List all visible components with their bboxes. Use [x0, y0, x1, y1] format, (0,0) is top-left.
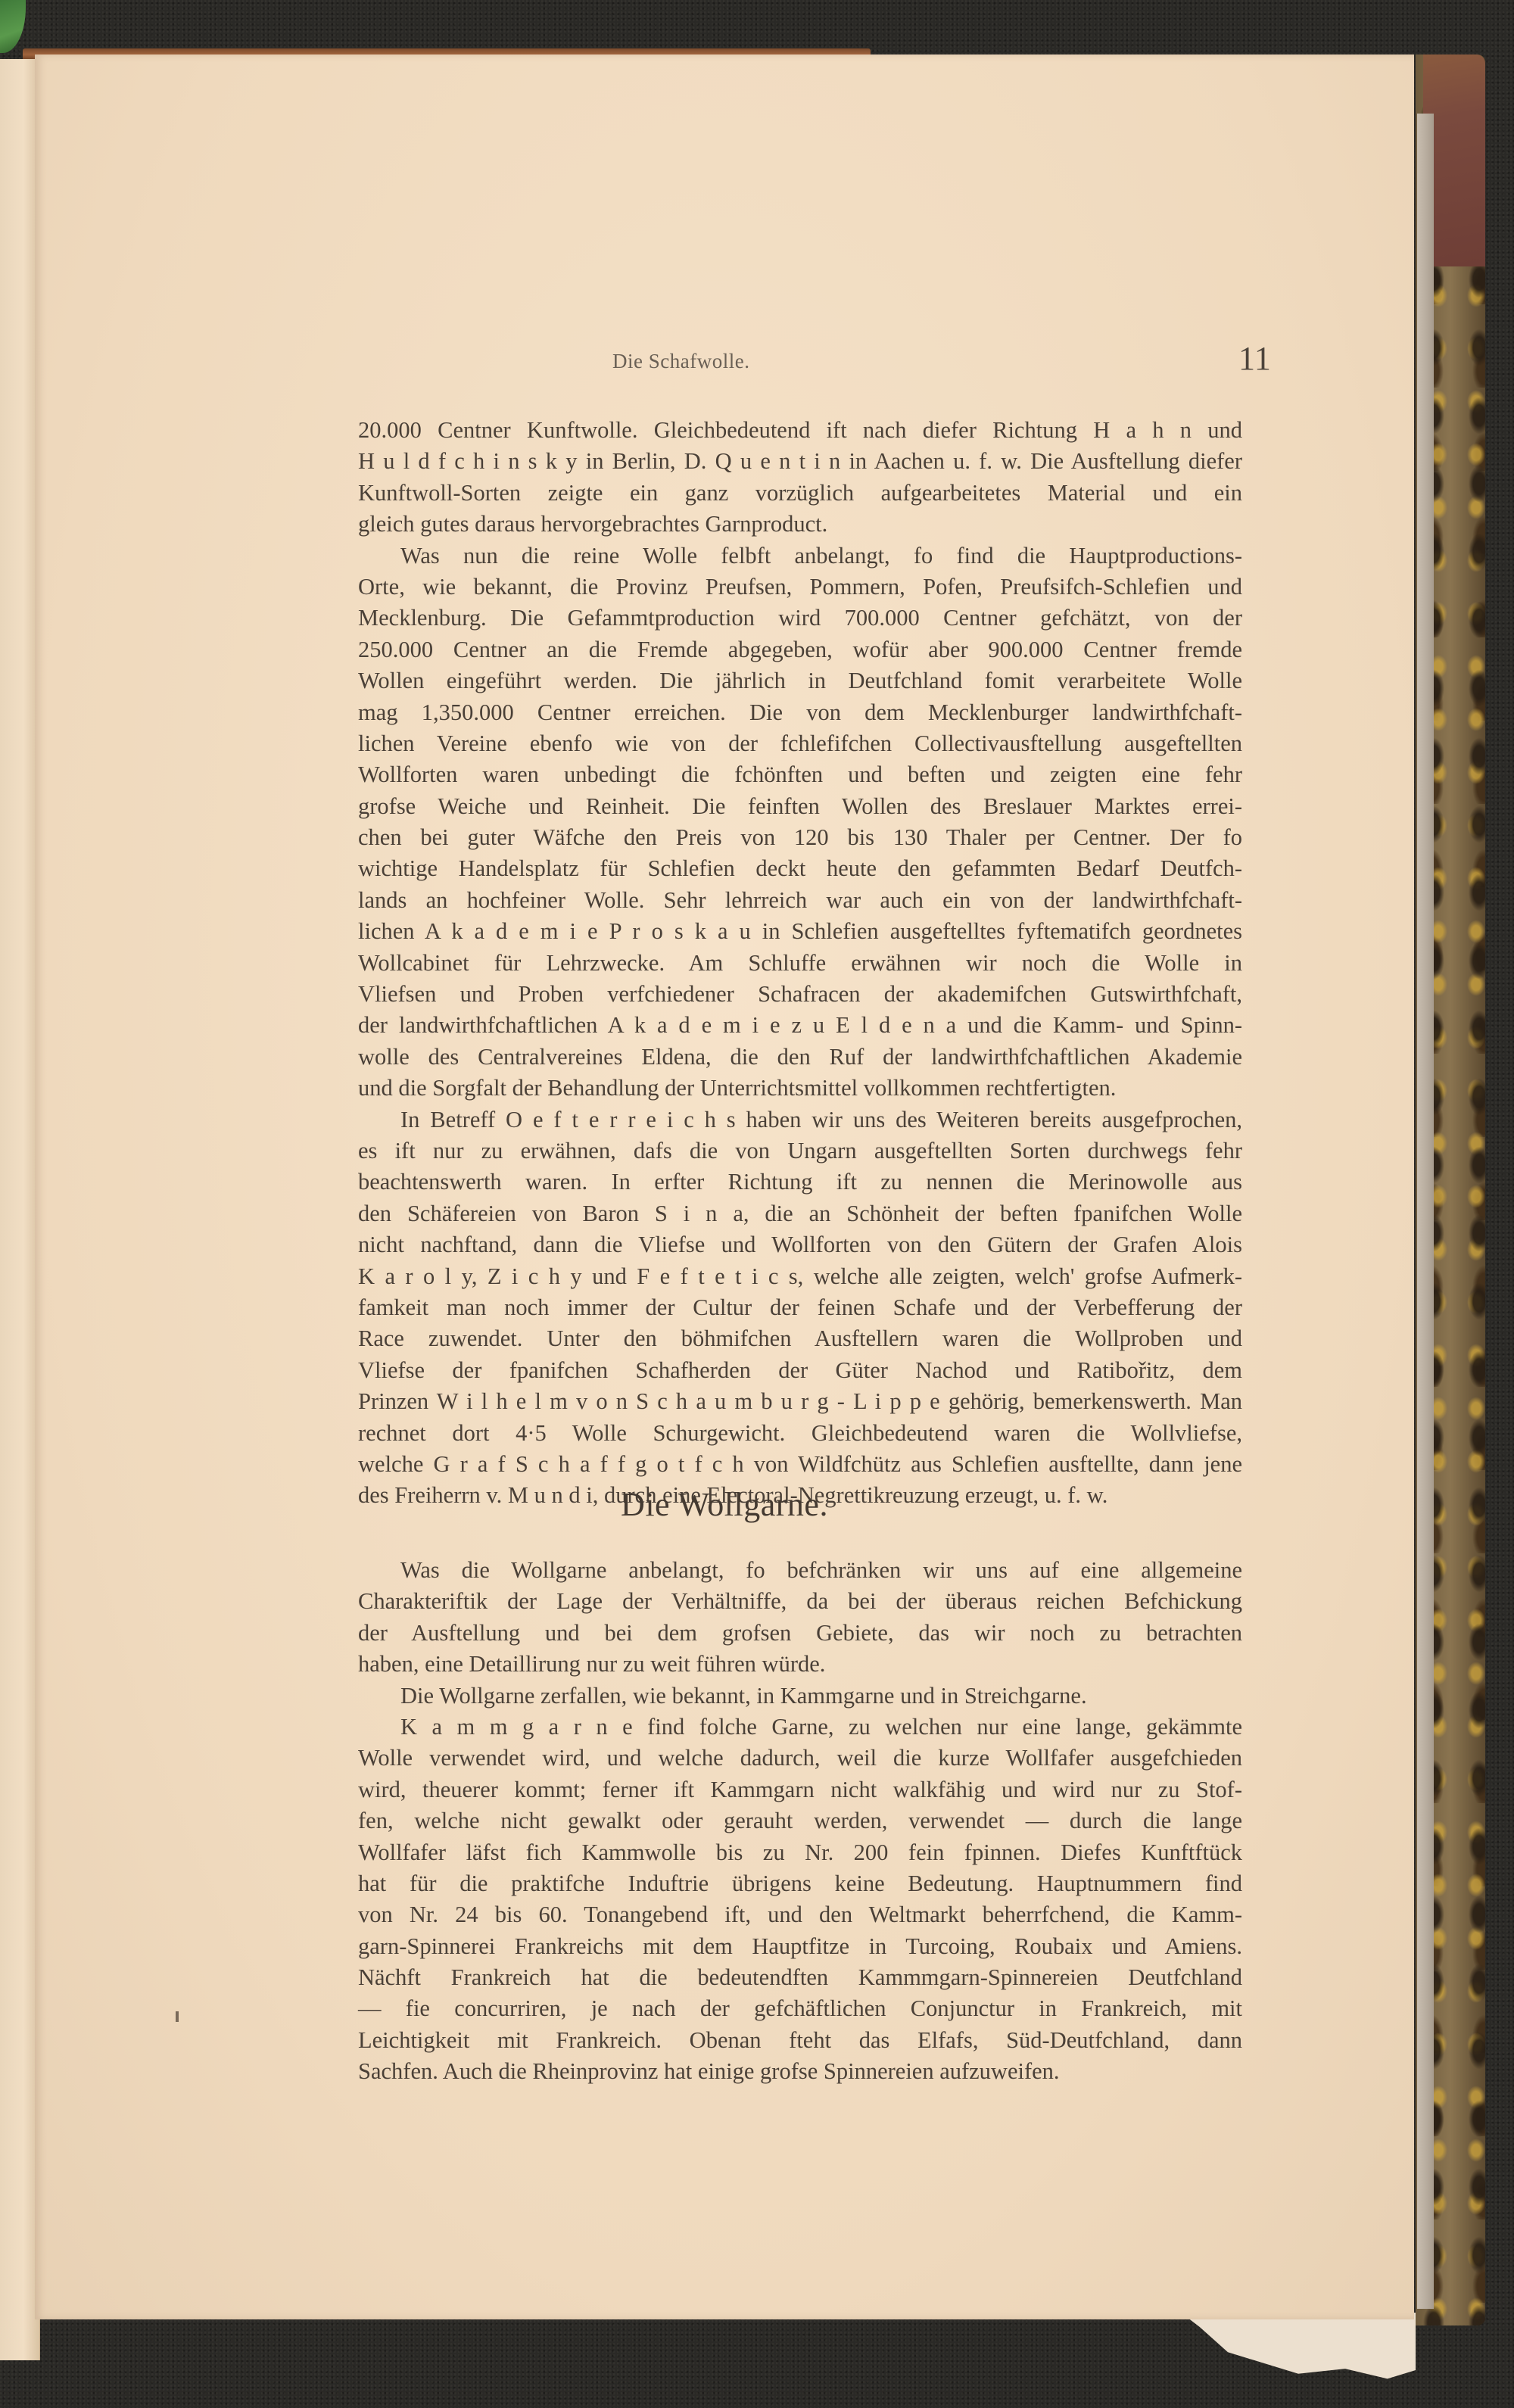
text-line: hat für die praktifche Induftrie übrigen…: [358, 1868, 1242, 1899]
text-line: Leichtigkeit mit Frankreich. Obenan fteh…: [358, 2025, 1242, 2056]
text-line: Was die Wollgarne anbelangt, fo befchrän…: [358, 1555, 1242, 1586]
text-line: Was nun die reine Wolle felbft anbelangt…: [358, 540, 1242, 572]
text-line: Orte, wie bekannt, die Provinz Preufsen,…: [358, 572, 1242, 603]
text-line: Prinzen W i l h e l m v o n S c h a u m …: [358, 1386, 1242, 1417]
running-head: Die Schafwolle. 11: [35, 344, 1414, 382]
text-line: K a r o l y, Z i c h y und F e f t e t i…: [358, 1261, 1242, 1292]
text-line: lichen A k a d e m i e P r o s k a u in …: [358, 916, 1242, 947]
text-line: H u l d f c h i n s k y in Berlin, D. Q …: [358, 446, 1242, 477]
text-line: den Schäfereien von Baron S i n a, die a…: [358, 1198, 1242, 1229]
text-line: haben, eine Detaillirung nur zu weit füh…: [358, 1649, 1242, 1680]
body-text-block-1: 20.000 Centner Kunftwolle. Gleichbedeute…: [358, 415, 1242, 1512]
text-line: Vliefsen und Proben verfchiedener Schafr…: [358, 979, 1242, 1010]
text-line: famkeit man noch immer der Cultur der fe…: [358, 1292, 1242, 1323]
running-head-title: Die Schafwolle.: [612, 350, 749, 373]
text-line: gleich gutes daraus hervorgebrachtes Gar…: [358, 509, 1242, 540]
text-line: wolle des Centralvereines Eldena, die de…: [358, 1042, 1242, 1073]
text-line: Wollforten waren unbedingt die fchönften…: [358, 759, 1242, 790]
bookmark-ribbon: [0, 0, 26, 53]
text-line: grofse Weiche und Reinheit. Die feinften…: [358, 791, 1242, 822]
text-line: welche G r a f S c h a f f g o t f c h v…: [358, 1449, 1242, 1480]
text-line: fen, welche nicht gewalkt oder gerauht w…: [358, 1805, 1242, 1836]
text-line: mag 1,350.000 Centner erreichen. Die von…: [358, 697, 1242, 728]
text-line: nicht nachftand, dann die Vliefse und Wo…: [358, 1229, 1242, 1260]
text-line: von Nr. 24 bis 60. Tonangebend ift, und …: [358, 1899, 1242, 1930]
margin-mark: [176, 2011, 179, 2022]
text-line: — fie concurriren, je nach der gefchäftl…: [358, 1993, 1242, 2024]
page-number: 11: [1238, 339, 1271, 378]
text-line: wird, theuerer kommt; ferner ift Kammgar…: [358, 1774, 1242, 1805]
text-line: Vliefse der fpanifchen Schafherden der G…: [358, 1355, 1242, 1386]
text-line: Kunftwoll-Sorten zeigte ein ganz vorzügl…: [358, 478, 1242, 509]
section-title: Die Wollgarne.: [35, 1485, 1414, 1524]
text-line: lichen Vereine ebenfo wie von der fchlef…: [358, 728, 1242, 759]
text-line: 250.000 Centner an die Fremde abgegeben,…: [358, 634, 1242, 665]
text-line: und die Sorgfalt der Behandlung der Unte…: [358, 1073, 1242, 1104]
text-line: Wollfafer läfst fich Kammwolle bis zu Nr…: [358, 1837, 1242, 1868]
text-line: garn-Spinnerei Frankreichs mit dem Haupt…: [358, 1931, 1242, 1962]
text-line: In Betreff O e f t e r r e i c h s haben…: [358, 1104, 1242, 1135]
text-line: K a m m g a r n e find folche Garne, zu …: [358, 1712, 1242, 1743]
text-line: Wolle verwendet wird, und welche dadurch…: [358, 1743, 1242, 1774]
text-line: der Ausftellung und bei dem grofsen Gebi…: [358, 1618, 1242, 1649]
text-line: lands an hochfeiner Wolle. Sehr lehrreic…: [358, 885, 1242, 916]
text-line: Mecklenburg. Die Gefammtproduction wird …: [358, 603, 1242, 634]
text-line: es ift nur zu erwähnen, dafs die von Ung…: [358, 1135, 1242, 1167]
text-line: der landwirthfchaftlichen A k a d e m i …: [358, 1010, 1242, 1041]
text-line: Nächft Frankreich hat die bedeutendften …: [358, 1962, 1242, 1993]
text-line: 20.000 Centner Kunftwolle. Gleichbedeute…: [358, 415, 1242, 446]
text-line: Sachfen. Auch die Rheinprovinz hat einig…: [358, 2056, 1242, 2087]
page-block-edge: [1417, 114, 1434, 2309]
book-page: Die Schafwolle. 11 20.000 Centner Kunftw…: [35, 55, 1414, 2319]
text-line: Charakteriftik der Lage der Verhältniffe…: [358, 1586, 1242, 1617]
text-line: rechnet dort 4·5 Wolle Schurgewicht. Gle…: [358, 1418, 1242, 1449]
text-line: Wollen eingeführt werden. Die jährlich i…: [358, 665, 1242, 696]
body-text-block-2: Was die Wollgarne anbelangt, fo befchrän…: [358, 1555, 1242, 2088]
text-line: chen bei guter Wäfche den Preis von 120 …: [358, 822, 1242, 853]
text-line: Race zuwendet. Unter den böhmifchen Ausf…: [358, 1323, 1242, 1354]
text-line: wichtige Handelsplatz für Schlefien deck…: [358, 853, 1242, 884]
torn-page-corner: [1181, 2313, 1416, 2385]
text-line: beachtenswerth waren. In erfter Richtung…: [358, 1167, 1242, 1198]
text-line: Wollcabinet für Lehrzwecke. Am Schluffe …: [358, 948, 1242, 979]
text-line: Die Wollgarne zerfallen, wie bekannt, in…: [358, 1681, 1242, 1712]
